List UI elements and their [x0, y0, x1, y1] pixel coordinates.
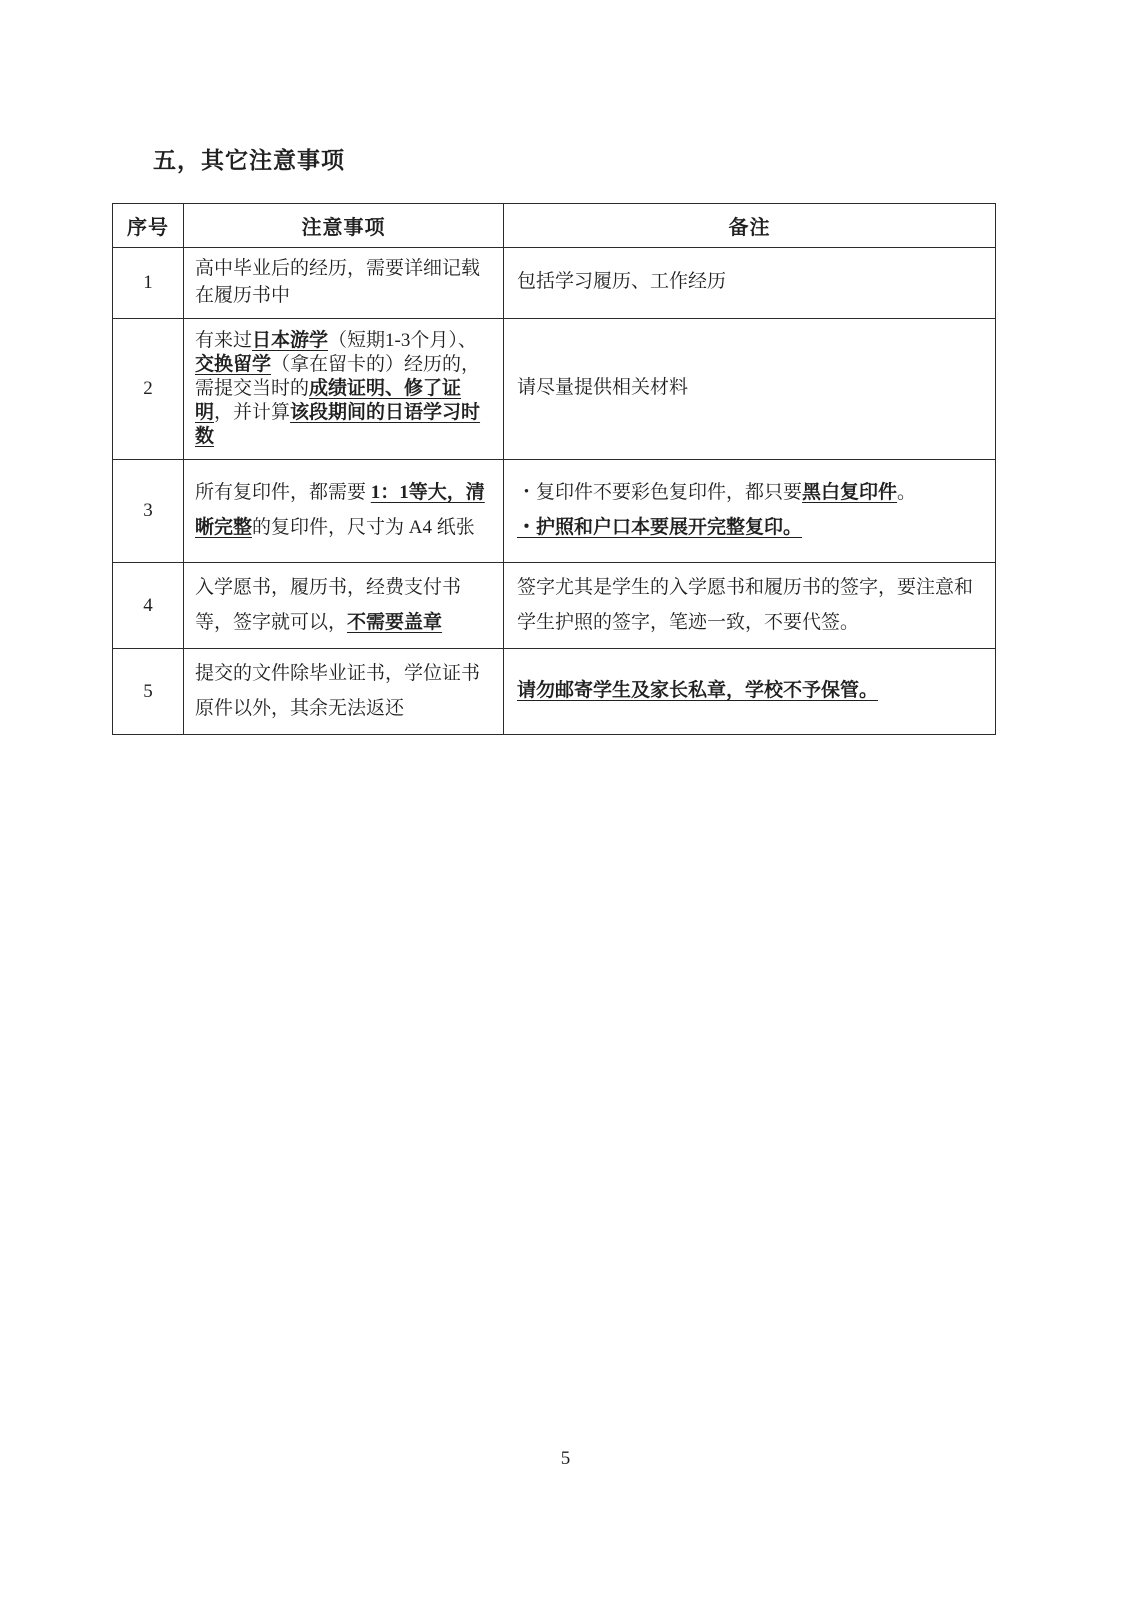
remark-cell: 签字尤其是学生的入学愿书和履历书的签字，要注意和学生护照的签字，笔迹一致，不要代…: [504, 562, 996, 648]
header-notice-items: 注意事项: [184, 204, 504, 248]
remark-cell: ・复印件不要彩色复印件，都只要黑白复印件。・护照和户口本要展开完整复印。: [504, 459, 996, 562]
header-remarks: 备注: [504, 204, 996, 248]
row-number: 5: [113, 649, 184, 735]
notice-item-cell: 提交的文件除毕业证书，学位证书原件以外，其余无法返还: [184, 649, 504, 735]
row-number: 4: [113, 562, 184, 648]
remark-cell: 请尽量提供相关材料: [504, 318, 996, 459]
row-number: 3: [113, 459, 184, 562]
table-row: 5 提交的文件除毕业证书，学位证书原件以外，其余无法返还 请勿邮寄学生及家长私章…: [113, 649, 996, 735]
table-row: 4 入学愿书，履历书，经费支付书等，签字就可以，不需要盖章 签字尤其是学生的入学…: [113, 562, 996, 648]
notice-item-cell: 所有复印件，都需要 1：1等大，清晰完整的复印件，尺寸为 A4 纸张: [184, 459, 504, 562]
header-seq-number: 序号: [113, 204, 184, 248]
notes-table: 序号 注意事项 备注 1 高中毕业后的经历，需要详细记载在履历书中 包括学习履历…: [112, 203, 996, 735]
table-row: 2 有来过日本游学（短期1-3个月）、交换留学（拿在留卡的）经历的，需提交当时的…: [113, 318, 996, 459]
table-header-row: 序号 注意事项 备注: [113, 204, 996, 248]
table-row: 1 高中毕业后的经历，需要详细记载在履历书中 包括学习履历、工作经历: [113, 248, 996, 319]
section-title: 五，其它注意事项: [153, 142, 345, 175]
row-number: 2: [113, 318, 184, 459]
notice-item-cell: 入学愿书，履历书，经费支付书等，签字就可以，不需要盖章: [184, 562, 504, 648]
page-number: 5: [0, 1448, 1131, 1470]
remark-cell: 请勿邮寄学生及家长私章，学校不予保管。: [504, 649, 996, 735]
notice-item-cell: 有来过日本游学（短期1-3个月）、交换留学（拿在留卡的）经历的，需提交当时的成绩…: [184, 318, 504, 459]
remark-cell: 包括学习履历、工作经历: [504, 248, 996, 319]
table-row: 3 所有复印件，都需要 1：1等大，清晰完整的复印件，尺寸为 A4 纸张 ・复印…: [113, 459, 996, 562]
notice-item-cell: 高中毕业后的经历，需要详细记载在履历书中: [184, 248, 504, 319]
row-number: 1: [113, 248, 184, 319]
document-page: 五，其它注意事项 序号 注意事项 备注 1 高中毕业后的经历，需要详细记载在履历…: [0, 0, 1131, 1600]
